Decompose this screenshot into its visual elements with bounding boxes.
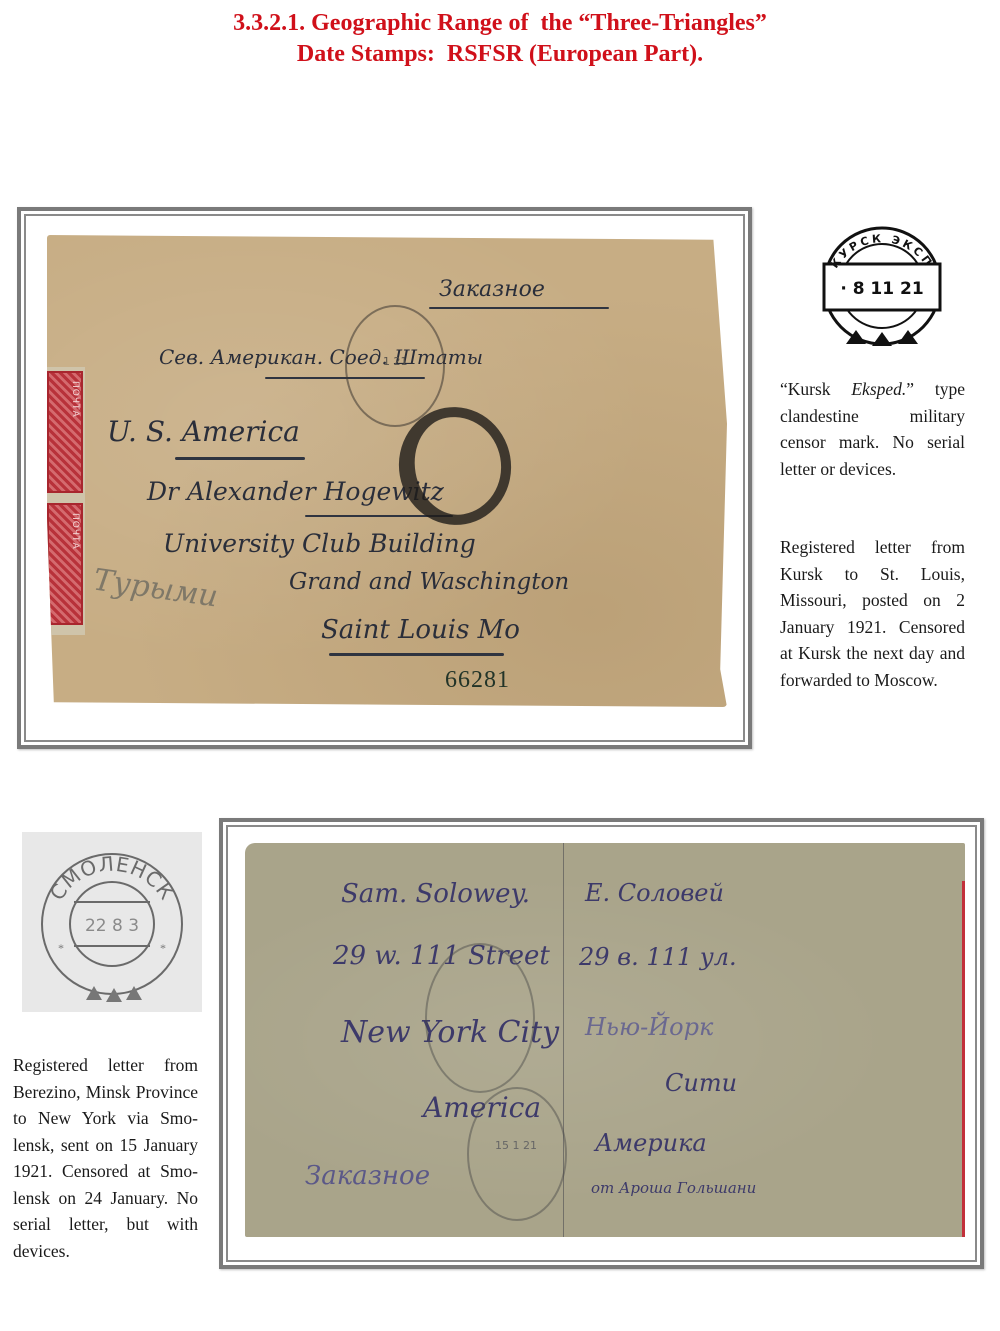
address-line: Sam. Solowey.: [341, 879, 530, 909]
berezino-postmark: 15 1 21: [467, 1087, 567, 1221]
smolensk-censor-stamp-illustration: * * СМОЛЕНСК 22 8 3: [22, 832, 202, 1012]
envelope-red-edge: [962, 881, 965, 1237]
underline: [329, 653, 504, 656]
underline: [175, 457, 305, 460]
address-line-ru: Сити: [665, 1069, 737, 1097]
page-title-line1: 3.3.2.1. Geographic Range of the “Three-…: [0, 8, 1000, 39]
kursk-postmark: 1 21: [345, 305, 445, 427]
envelope-berezino: Sam. Solowey. 29 w. 111 Street New York …: [245, 843, 965, 1237]
page-title-line2: Date Stamps: RSFSR (European Part).: [0, 39, 1000, 70]
svg-text:*: *: [160, 941, 166, 955]
svg-text:СМОЛЕНСК: СМОЛЕНСК: [45, 852, 180, 905]
address-line-ru: Е. Соловей: [585, 879, 724, 907]
address-line: Dr Alexander Hogewitz: [147, 477, 444, 506]
page-title: 3.3.2.1. Geographic Range of the “Three-…: [0, 8, 1000, 70]
kursk-censor-stamp-illustration: КУРСК ЭКСП · 8 11 21: [812, 218, 952, 358]
kursk-stamp-date: · 8 11 21: [840, 279, 923, 299]
pencil-note: Турыми: [91, 562, 220, 614]
envelope-kursk: ПОЧТА ПОЧТА Заказное Сев. Американ. Соед…: [47, 235, 727, 707]
underline: [429, 307, 609, 309]
registered-label: Заказное: [439, 277, 545, 302]
smolensk-stamp-ring-text: СМОЛЕНСК: [45, 852, 180, 905]
address-line: Saint Louis Mo: [321, 615, 520, 645]
smolensk-stamp-date: 22 8 3: [85, 916, 139, 936]
postage-stamp: ПОЧТА: [47, 371, 83, 493]
svg-text:*: *: [58, 941, 64, 955]
address-line-ru: Америка: [595, 1129, 707, 1157]
envelope-frame-kursk: ПОЧТА ПОЧТА Заказное Сев. Американ. Соед…: [17, 207, 752, 749]
berezino-postmark: [425, 943, 535, 1093]
postage-stamp: ПОЧТА: [47, 503, 83, 625]
envelope-frame-berezino: Sam. Solowey. 29 w. 111 Street New York …: [219, 818, 984, 1269]
address-line: Заказное: [305, 1161, 430, 1191]
address-line-ru: Нью-Йорк: [585, 1013, 713, 1041]
address-line-ru: 29 в. 111 ул.: [579, 943, 737, 971]
address-line: Grand and Waschington: [289, 569, 569, 595]
address-line: University Club Building: [163, 529, 476, 558]
caption-berezino-letter: Registered letter from Berezino, Minsk P…: [13, 1052, 198, 1264]
registration-number: 66281: [445, 667, 510, 694]
caption-kursk-letter: Registered letter from Kursk to St. Loui…: [780, 534, 965, 693]
caption-kursk-mark: “Kursk Eksped.” type clandestine militar…: [780, 376, 965, 482]
address-line-ru: от Ароша Гольшани: [591, 1179, 756, 1197]
address-line: U. S. America: [107, 415, 300, 448]
